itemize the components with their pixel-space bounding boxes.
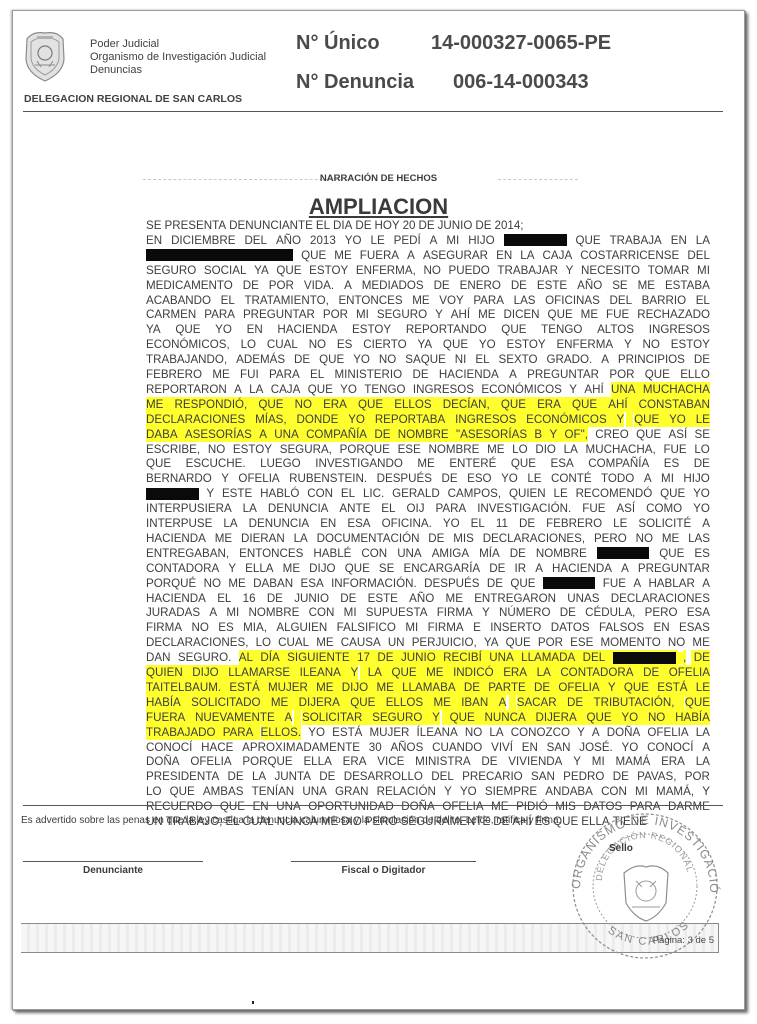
- word: FUE: [663, 442, 686, 457]
- word: BARRIO: [642, 293, 686, 308]
- word: COSTARRICENSE: [580, 248, 679, 263]
- narrative-line: ENDICIEMBREDELAÑO2013YOLEPEDÍAMIHIJOQUET…: [146, 233, 710, 248]
- word: AÑO: [276, 233, 301, 248]
- highlighted-word: QUE: [350, 695, 375, 710]
- word: QUE: [220, 799, 245, 814]
- word: TENGO: [541, 322, 582, 337]
- highlighted-word: UNA: [489, 650, 513, 665]
- word: LA: [243, 501, 257, 516]
- word: JUNTA: [274, 769, 311, 784]
- word: CUAL: [267, 337, 298, 352]
- narrative-line: REPORTARONALACAJAQUEYOTENGOINGRESOSECONÓ…: [146, 382, 710, 397]
- numero-unico-label: N° Único: [296, 32, 380, 55]
- word: REPORTARON: [146, 382, 227, 397]
- word: YA: [484, 635, 499, 650]
- word: AMBAS: [203, 784, 244, 799]
- word: QUE: [645, 367, 670, 382]
- org-line-3: Denuncias: [90, 64, 266, 77]
- word: EL: [696, 293, 710, 308]
- word: Y: [444, 784, 452, 799]
- word: JUNIO: [294, 591, 329, 606]
- word: YO: [501, 471, 518, 486]
- highlighted-word: ,: [683, 650, 686, 665]
- highlighted-word: Y: [350, 665, 358, 680]
- word: PRINCIPIOS: [618, 352, 685, 367]
- word: FEBRERO: [146, 367, 202, 382]
- word: INVESTIGACIÓN.: [477, 501, 571, 516]
- word: NO: [643, 337, 660, 352]
- seal-label: Sello: [609, 843, 633, 854]
- word: ECONÓMICOS: [481, 382, 562, 397]
- highlighted-word: LLAMADA: [521, 650, 575, 665]
- narrative-line: JURADASAMINOMBRECONMISUPUESTAFIRMAYNÚMER…: [146, 605, 710, 620]
- word: HABLÓ: [260, 486, 299, 501]
- word: LE: [554, 486, 568, 501]
- word: PEDRO: [563, 769, 604, 784]
- word: APROXIMADAMENTE: [242, 740, 360, 755]
- word: FIRMA: [437, 605, 473, 620]
- word: SAN: [547, 740, 571, 755]
- word: MUCHACHA,: [586, 442, 656, 457]
- word: DOCUMENTACIÓN: [317, 531, 420, 546]
- highlighted-word: TRABAJADO: [146, 725, 216, 740]
- narrative-line: DABAASESORÍASAUNACOMPAÑÍADENOMBRE"ASESOR…: [146, 427, 710, 442]
- word: CONOCÍ: [146, 740, 192, 755]
- signature-line-denunciante: [23, 861, 203, 862]
- word: DAN: [146, 650, 170, 665]
- word: DIJO: [309, 561, 335, 576]
- word: EL: [381, 501, 395, 516]
- word: COMPAÑÍA: [588, 456, 649, 471]
- signature-label-fiscal: Fiscal o Digitador: [291, 865, 476, 876]
- word: RELACIÓN: [377, 784, 436, 799]
- word: PERO: [594, 531, 627, 546]
- highlighted-word: NO: [295, 397, 312, 412]
- word: DE: [694, 456, 710, 471]
- highlighted-word: YO: [621, 710, 638, 725]
- numero-denuncia-value: 006-14-000343: [453, 71, 589, 94]
- highlighted-word: QUE: [634, 412, 659, 427]
- highlighted-word: NO: [648, 710, 665, 725]
- highlighted-word: UNA: [274, 427, 298, 442]
- word: DOÑA: [401, 799, 435, 814]
- word: JURADAS: [146, 605, 200, 620]
- word: RECOMENDÓ: [576, 486, 653, 501]
- word: FIRMA: [146, 620, 182, 635]
- word: 20: [403, 218, 416, 233]
- word: CONTADORA: [146, 561, 219, 576]
- word: Y: [566, 263, 574, 278]
- word: FUE: [603, 576, 626, 591]
- word: ELLA: [245, 561, 273, 576]
- word: HACIENDA: [146, 591, 206, 606]
- word: ALTOS: [597, 322, 634, 337]
- word: ENERO: [460, 278, 501, 293]
- word: A: [621, 561, 629, 576]
- word: TOMAR: [648, 263, 690, 278]
- word: QUE: [276, 263, 301, 278]
- word: LAS: [514, 293, 536, 308]
- word: NOMBRE: [428, 442, 479, 457]
- word: EN: [671, 233, 687, 248]
- word: DE: [355, 218, 371, 233]
- word: NO: [636, 531, 653, 546]
- narrative-line: SEPRESENTADENUNCIANTEELDIADEHOY20DEJUNIO…: [146, 218, 710, 233]
- highlighted-word: QUE: [450, 710, 475, 725]
- word: RECHAZADO: [637, 307, 710, 322]
- highlighted-word: B: [534, 427, 542, 442]
- highlighted-word: ILEANA: [300, 665, 341, 680]
- highlighted-word: QUE: [624, 680, 649, 695]
- word: PERO: [645, 605, 678, 620]
- word: ME: [487, 442, 504, 457]
- word: MI: [356, 307, 369, 322]
- highlighted-word: ERA: [323, 397, 347, 412]
- highlighted-word: COMPAÑÍA: [306, 427, 367, 442]
- word: TRABAJAR: [497, 263, 558, 278]
- word: FALSIFICO: [337, 620, 396, 635]
- redaction-bar: [146, 249, 293, 261]
- word: DE: [481, 754, 497, 769]
- word: NO: [208, 442, 225, 457]
- word: SEGURO: [146, 263, 196, 278]
- highlighted-word: QUE: [391, 665, 416, 680]
- word: MIA,: [243, 620, 267, 635]
- word: ME: [491, 799, 508, 814]
- highlighted-word: UNA: [611, 382, 635, 397]
- word: EN: [146, 233, 162, 248]
- word: PRECARIO: [462, 769, 523, 784]
- document-page: Poder Judicial Organismo de Investigació…: [12, 10, 745, 1010]
- word: DIO: [535, 442, 556, 457]
- word: ANTE: [339, 501, 370, 516]
- word: REPORTANDO: [406, 322, 487, 337]
- narrative-line: HACIENDAEL16DEJUNIODEESTEAÑOMEENTREGARON…: [146, 591, 710, 606]
- narrative-line: FIRMANOESMIA,ALGUIENFALSIFICOMIFIRMAEINS…: [146, 620, 710, 635]
- word: ESCUCHE.: [186, 456, 246, 471]
- word: ESTE: [537, 278, 567, 293]
- delegation-name: DELEGACION REGIONAL DE SAN CARLOS: [24, 93, 242, 105]
- word: ME: [412, 293, 429, 308]
- word: NO: [465, 725, 482, 740]
- word: QUE: [175, 322, 200, 337]
- word: ÍLEANA: [417, 725, 458, 740]
- word: MI: [592, 754, 605, 769]
- word: DE: [510, 546, 526, 561]
- word: BERNARDO: [146, 471, 212, 486]
- word: DATOS: [551, 620, 590, 635]
- redaction-bar: [504, 234, 567, 246]
- highlighted-word: Y: [617, 412, 625, 427]
- word: QUE: [510, 576, 535, 591]
- word: LA: [294, 531, 308, 546]
- word: Y: [569, 382, 577, 397]
- highlighted-word: A: [285, 710, 293, 725]
- word: POR: [538, 635, 563, 650]
- highlighted-word: MÍAS,: [255, 412, 287, 427]
- word: ME: [283, 561, 300, 576]
- word: PAVAS,: [637, 769, 676, 784]
- word: ME: [692, 635, 709, 650]
- word: ESCRIBE,: [146, 442, 200, 457]
- highlighted-word: QUE: [358, 397, 383, 412]
- word: CON: [601, 784, 627, 799]
- word: VOY: [439, 293, 463, 308]
- word: YO: [460, 784, 477, 799]
- word: QUE: [636, 427, 661, 442]
- numero-unico-value: 14-000327-0065-PE: [431, 32, 611, 55]
- word: ES: [664, 456, 679, 471]
- word: MINISTERIO: [335, 367, 403, 382]
- word: PORQUÉ: [146, 576, 196, 591]
- word: LA: [696, 233, 710, 248]
- word: GRADO.: [547, 352, 593, 367]
- org-line-1: Poder Judicial: [90, 38, 266, 51]
- word: DE: [487, 576, 503, 591]
- highlighted-word: REPORTABA: [375, 412, 445, 427]
- word: NO: [379, 352, 396, 367]
- highlighted-word: ELLOS.: [261, 725, 302, 740]
- word: UN: [388, 635, 405, 650]
- word: QUE: [506, 635, 531, 650]
- highlighted-word: A: [499, 695, 507, 710]
- narrative-line: TAITELBAUM.ESTÁMUJERMEDIJOMELLAMABADEPAR…: [146, 680, 710, 695]
- word: DE: [442, 471, 458, 486]
- word: INGRESOS: [649, 322, 710, 337]
- word: DE: [519, 516, 535, 531]
- word: DECLARACIONES,: [146, 635, 248, 650]
- highlighted-word: TRIBUTACIÓN,: [594, 695, 675, 710]
- word: YO: [215, 322, 232, 337]
- word: MI: [635, 784, 648, 799]
- word: MOMENTO: [600, 635, 660, 650]
- word: HACIENDA: [146, 531, 206, 546]
- word: RUBENSTEIN.: [289, 471, 367, 486]
- word: EL: [471, 516, 485, 531]
- highlighted-word: CONSTABAN: [639, 397, 710, 412]
- word: ESTOY: [309, 263, 348, 278]
- highlighted-word: ELLOS: [386, 695, 423, 710]
- word: ES: [694, 546, 709, 561]
- word: PARA: [269, 367, 300, 382]
- word: ME: [662, 531, 679, 546]
- highlighted-word: ELLOS: [394, 397, 431, 412]
- word: NO: [668, 635, 685, 650]
- word: CREO: [595, 427, 629, 442]
- word: INTERPUSIERA: [146, 501, 232, 516]
- highlighted-word: ERA: [503, 665, 527, 680]
- word: 30: [369, 740, 382, 755]
- word: EN: [653, 620, 669, 635]
- word: ESTOY: [352, 322, 391, 337]
- narrative-line: YESTEHABLÓCONELLIC.GERALDCAMPOS,QUIENLER…: [146, 486, 710, 501]
- narrative-line: CONTADORAYELLAMEDIJOQUESEENCARGARÍADEIRA…: [146, 561, 710, 576]
- word: HACIENDA: [439, 367, 499, 382]
- word: CAMPOS,: [448, 486, 501, 501]
- highlighted-word: SEGURO: [372, 710, 422, 725]
- word: NO: [423, 263, 440, 278]
- word: FALSOS: [599, 620, 644, 635]
- redaction-bar: [613, 652, 676, 664]
- word: SIEMPRE: [485, 784, 537, 799]
- word: ESA: [551, 456, 574, 471]
- word: RECUERDO: [146, 799, 212, 814]
- word: LIC.: [363, 486, 384, 501]
- highlighted-word: PARTE: [488, 680, 526, 695]
- word: MI: [661, 471, 674, 486]
- word: ENTREGABAN,: [146, 546, 229, 561]
- word: VICE: [377, 754, 404, 769]
- word: VIVIENDA: [508, 754, 562, 769]
- word: ENFERMA,: [356, 263, 416, 278]
- word: QUE: [576, 233, 601, 248]
- scan-speck: [252, 1001, 254, 1004]
- word: ME: [581, 307, 598, 322]
- word: DE: [694, 352, 710, 367]
- word: HACIENDA: [277, 322, 337, 337]
- word: CIERTO: [363, 337, 406, 352]
- word: ELLA: [303, 754, 331, 769]
- word: PERJUICIO,: [412, 635, 477, 650]
- word: DE: [613, 769, 629, 784]
- word: SEGURO: [377, 307, 427, 322]
- word: INTERPUSE: [146, 516, 212, 531]
- highlighted-word: DIJERA: [299, 695, 340, 710]
- word: 16: [243, 591, 256, 606]
- highlighted-word: YO: [348, 412, 365, 427]
- word: A: [234, 382, 242, 397]
- word: EL: [217, 591, 231, 606]
- word: DE: [428, 531, 444, 546]
- word: NÚMERO: [499, 605, 551, 620]
- highlighted-word: Y: [608, 680, 616, 695]
- narrative-line: ENTREGABAN,ENTONCESHABLÉCONUNAAMIGAMÍADE…: [146, 546, 710, 561]
- word: DECLARACIONES,: [483, 531, 585, 546]
- word: A: [535, 561, 543, 576]
- word: MAMÁ,: [656, 784, 694, 799]
- word: EL: [310, 367, 324, 382]
- word: A: [702, 516, 710, 531]
- word: DE: [267, 591, 283, 606]
- word: ANDABA: [545, 784, 593, 799]
- word: MÍA: [479, 546, 500, 561]
- highlighted-word: DONDE: [296, 412, 338, 427]
- redaction-bar: [597, 547, 650, 559]
- word: PIDIÓ: [516, 799, 548, 814]
- word: POR: [609, 367, 634, 382]
- header-organization: Poder Judicial Organismo de Investigació…: [90, 38, 266, 77]
- highlighted-word: DECLARACIONES: [146, 412, 245, 427]
- word: DABAN: [253, 576, 293, 591]
- highlighted-word: ME: [426, 665, 443, 680]
- word: TRATAMIENTO,: [244, 293, 328, 308]
- highlighted-word: QUE: [685, 695, 710, 710]
- word: UNA: [302, 784, 326, 799]
- word: DEL: [244, 233, 267, 248]
- word: CAJA: [271, 382, 301, 397]
- word: NOMBRE: [536, 546, 587, 561]
- word: Y: [482, 605, 490, 620]
- word: NO: [309, 337, 326, 352]
- word: OFELIA: [190, 754, 231, 769]
- highlighted-word: ME: [433, 695, 450, 710]
- narrative-line: FUERANUEVAMENTEASOLICITARSEGUROYQUENUNCA…: [146, 710, 710, 725]
- narrative-line: MEDICAMENTODEPORVIDA.AMEDIADOSDEENERODEE…: [146, 278, 710, 293]
- word: FUE: [606, 307, 629, 322]
- word: HACIENDA: [552, 561, 612, 576]
- word: HABLÉ: [313, 546, 351, 561]
- word: LA: [489, 725, 503, 740]
- word: ESE: [398, 442, 421, 457]
- word: ME: [446, 591, 463, 606]
- word: DE: [434, 278, 450, 293]
- highlighted-word: IBAN: [461, 695, 488, 710]
- word: ME: [638, 278, 655, 293]
- highlighted-word: SOLICITAR: [302, 710, 362, 725]
- word: 2013: [310, 233, 336, 248]
- word: QUE: [319, 352, 344, 367]
- narrative-line: QUIENDIJOLLAMARSEILEANAYLAQUEMEINDICÓERA…: [146, 665, 710, 680]
- word: AÑO: [409, 591, 434, 606]
- word: A: [633, 576, 641, 591]
- word: LE: [613, 516, 627, 531]
- word: MI: [226, 605, 239, 620]
- footer-divider: [23, 805, 723, 806]
- word: QUE: [659, 546, 684, 561]
- word: HOY: [374, 218, 399, 233]
- word: FEBRERO: [546, 516, 602, 531]
- highlighted-word: DIJERA: [536, 710, 577, 725]
- word: MI: [405, 620, 418, 635]
- word: YO: [340, 382, 357, 397]
- highlighted-word: ESTÁ: [229, 680, 259, 695]
- word: ME: [417, 456, 434, 471]
- word: PREGUNTAR: [638, 561, 710, 576]
- word: QUE: [660, 486, 685, 501]
- word: YO: [308, 725, 325, 740]
- word: ASÍ: [616, 501, 635, 516]
- word: ENTONCES: [338, 293, 402, 308]
- word: ME: [228, 576, 245, 591]
- word: INGRESOS: [413, 382, 474, 397]
- word: ESAS: [679, 620, 710, 635]
- word: HACE: [201, 740, 233, 755]
- word: OPORTUNIDAD: [308, 799, 393, 814]
- word: FUERA: [360, 248, 399, 263]
- word: QUE: [146, 456, 171, 471]
- word: NO: [204, 576, 221, 591]
- word: AHÍ: [451, 307, 470, 322]
- narrative-line: HACIENDAMEDIERANLADOCUMENTACIÓNDEMISDECL…: [146, 531, 710, 546]
- word: EN: [247, 322, 263, 337]
- word: FIRMA: [428, 620, 464, 635]
- word: E: [473, 620, 481, 635]
- word: ME: [334, 248, 351, 263]
- word: SE: [695, 427, 710, 442]
- word: GERALD: [392, 486, 440, 501]
- word: NO: [191, 620, 208, 635]
- word: Y: [206, 486, 214, 501]
- word: ESTÁ: [332, 725, 362, 740]
- word: CON: [307, 486, 333, 501]
- word: DE: [511, 278, 527, 293]
- word: 2014;: [495, 218, 524, 233]
- word: MIS: [453, 531, 474, 546]
- word: MUJER: [370, 725, 410, 740]
- word: EL: [475, 352, 489, 367]
- narrative-line: BERNARDOYOFELIARUBENSTEIN.DESPUÉSDEESOYO…: [146, 471, 710, 486]
- word: A: [430, 233, 438, 248]
